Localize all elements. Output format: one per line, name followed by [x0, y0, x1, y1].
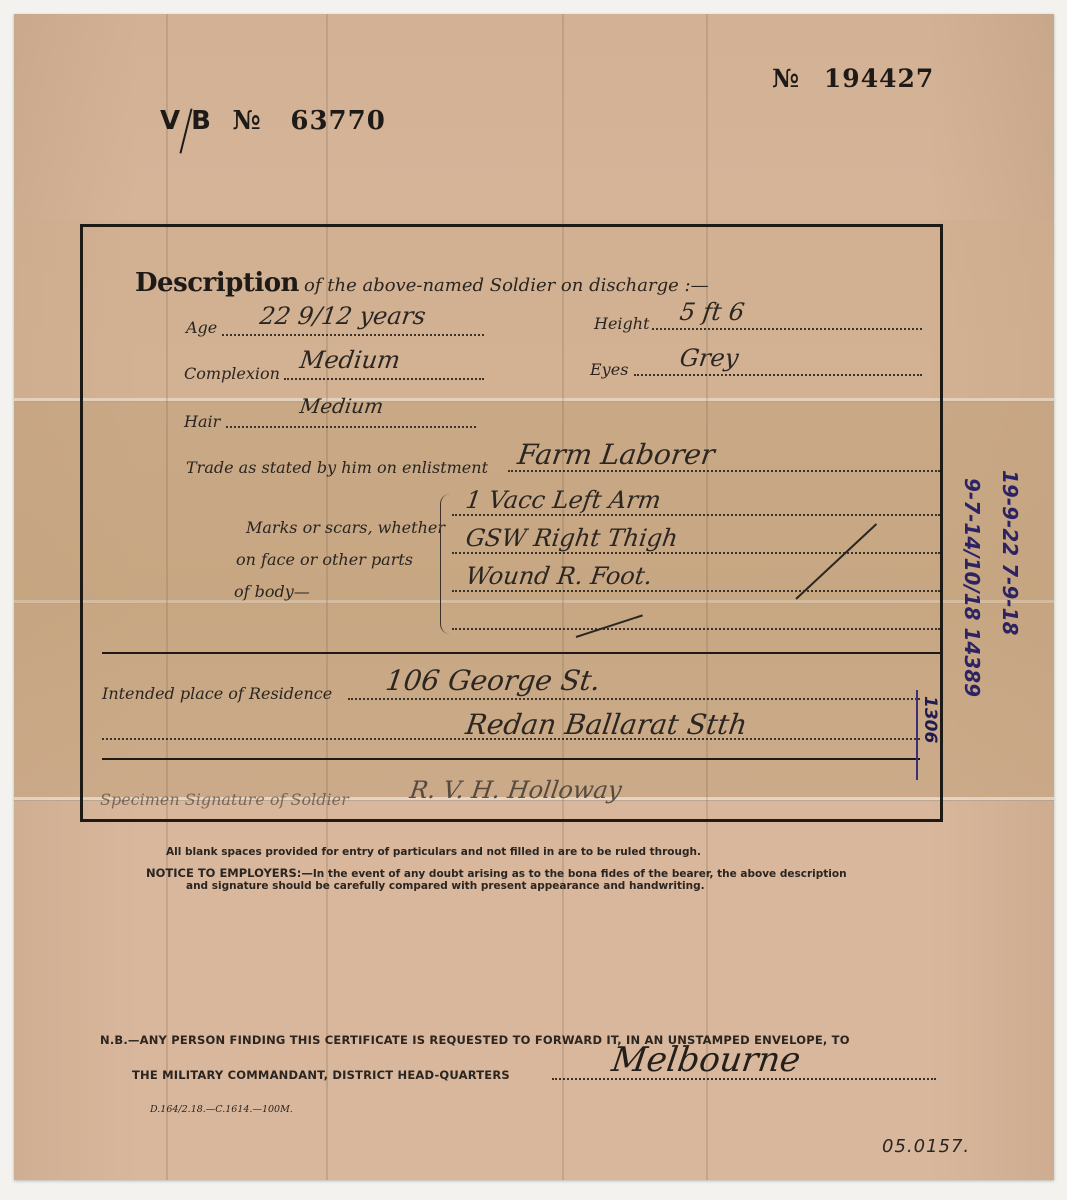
employers-notice-line1: NOTICE TO EMPLOYERS:—In the event of any…: [146, 866, 847, 880]
height-line: [652, 328, 922, 330]
hair-label: Hair: [184, 412, 220, 431]
complexion-line: [284, 378, 484, 380]
hair-value[interactable]: Medium: [298, 394, 385, 418]
description-subtitle: of the above-named Soldier on discharge …: [304, 275, 709, 296]
certificate-number: № 194427: [772, 64, 934, 93]
residence-label: Intended place of Residence: [102, 684, 332, 703]
marks-label-line1: Marks or scars, whether: [246, 518, 445, 537]
marks-label-line3: of body—: [234, 582, 310, 601]
certificate-number-value: 194427: [824, 64, 934, 93]
residence-value-1[interactable]: 106 George St.: [384, 664, 603, 697]
marks-line-2: [452, 552, 940, 554]
annotation-line-2: 19-9-22 7-9-18: [998, 470, 1022, 635]
signature-label: Specimen Signature of Soldier: [100, 790, 349, 809]
employers-notice-line2: and signature should be carefully compar…: [186, 880, 705, 892]
annotation-underline: [916, 690, 918, 780]
catalog-number: 05.0157.: [882, 1136, 970, 1157]
complexion-label: Complexion: [184, 364, 280, 383]
age-label: Age: [186, 318, 217, 337]
height-label: Height: [594, 314, 650, 333]
marks-label-line2: on face or other parts: [236, 550, 413, 569]
signature-value[interactable]: R. V. H. Holloway: [408, 776, 623, 804]
annotation-line-2-text: 19-9-22 7-9-18: [998, 470, 1022, 635]
marks-value-1[interactable]: 1 Vacc Left Arm: [464, 486, 663, 514]
annotation-line-1-text: 9-7-14/10/18 14389: [960, 478, 984, 697]
employers-notice-text-1: In the event of any doubt arising as to …: [313, 868, 847, 880]
vb-number-label: №: [233, 106, 262, 136]
employers-notice-label: NOTICE TO EMPLOYERS:—: [146, 866, 313, 880]
age-value[interactable]: 22 9/12 years: [258, 302, 427, 330]
eyes-label: Eyes: [590, 360, 628, 379]
marks-brace: [440, 494, 451, 634]
residence-line-1: [348, 698, 920, 700]
marks-value-3[interactable]: Wound R. Foot.: [464, 562, 654, 590]
annotation-vertical-number: 1306: [920, 696, 940, 743]
vb-prefix-v: V: [160, 106, 181, 136]
height-value[interactable]: 5 ft 6: [678, 298, 746, 326]
vb-prefix-b: B: [191, 106, 212, 136]
trade-value[interactable]: Farm Laborer: [516, 438, 717, 471]
hair-line: [226, 426, 476, 428]
age-line: [222, 334, 484, 336]
residence-value-2[interactable]: Redan Ballarat Stth: [464, 708, 750, 741]
eyes-line: [634, 374, 922, 376]
nb-notice-line2: THE MILITARY COMMANDANT, DISTRICT HEAD-Q…: [132, 1068, 510, 1082]
marks-value-2[interactable]: GSW Right Thigh: [464, 524, 680, 552]
description-title: Description: [135, 268, 299, 298]
marks-line-4: [452, 628, 940, 630]
vb-serial: VB № 63770: [160, 106, 386, 142]
annotation-line-1: 9-7-14/10/18 14389: [960, 478, 984, 697]
certificate-number-label: №: [772, 64, 800, 93]
section-rule-1: [102, 652, 942, 654]
trade-label: Trade as stated by him on enlistment: [186, 458, 488, 477]
hq-city-value[interactable]: Melbourne: [609, 1040, 803, 1080]
marks-line-3: [452, 590, 940, 592]
marks-line-1: [452, 514, 940, 516]
vb-number: 63770: [290, 106, 385, 136]
description-heading: Description of the above-named Soldier o…: [135, 268, 709, 298]
blank-spaces-notice: All blank spaces provided for entry of p…: [166, 846, 701, 858]
print-code: D.164/2.18.—C.1614.—100M.: [150, 1104, 293, 1115]
complexion-value[interactable]: Medium: [298, 346, 402, 374]
eyes-value[interactable]: Grey: [678, 344, 740, 372]
section-rule-2: [102, 758, 920, 760]
